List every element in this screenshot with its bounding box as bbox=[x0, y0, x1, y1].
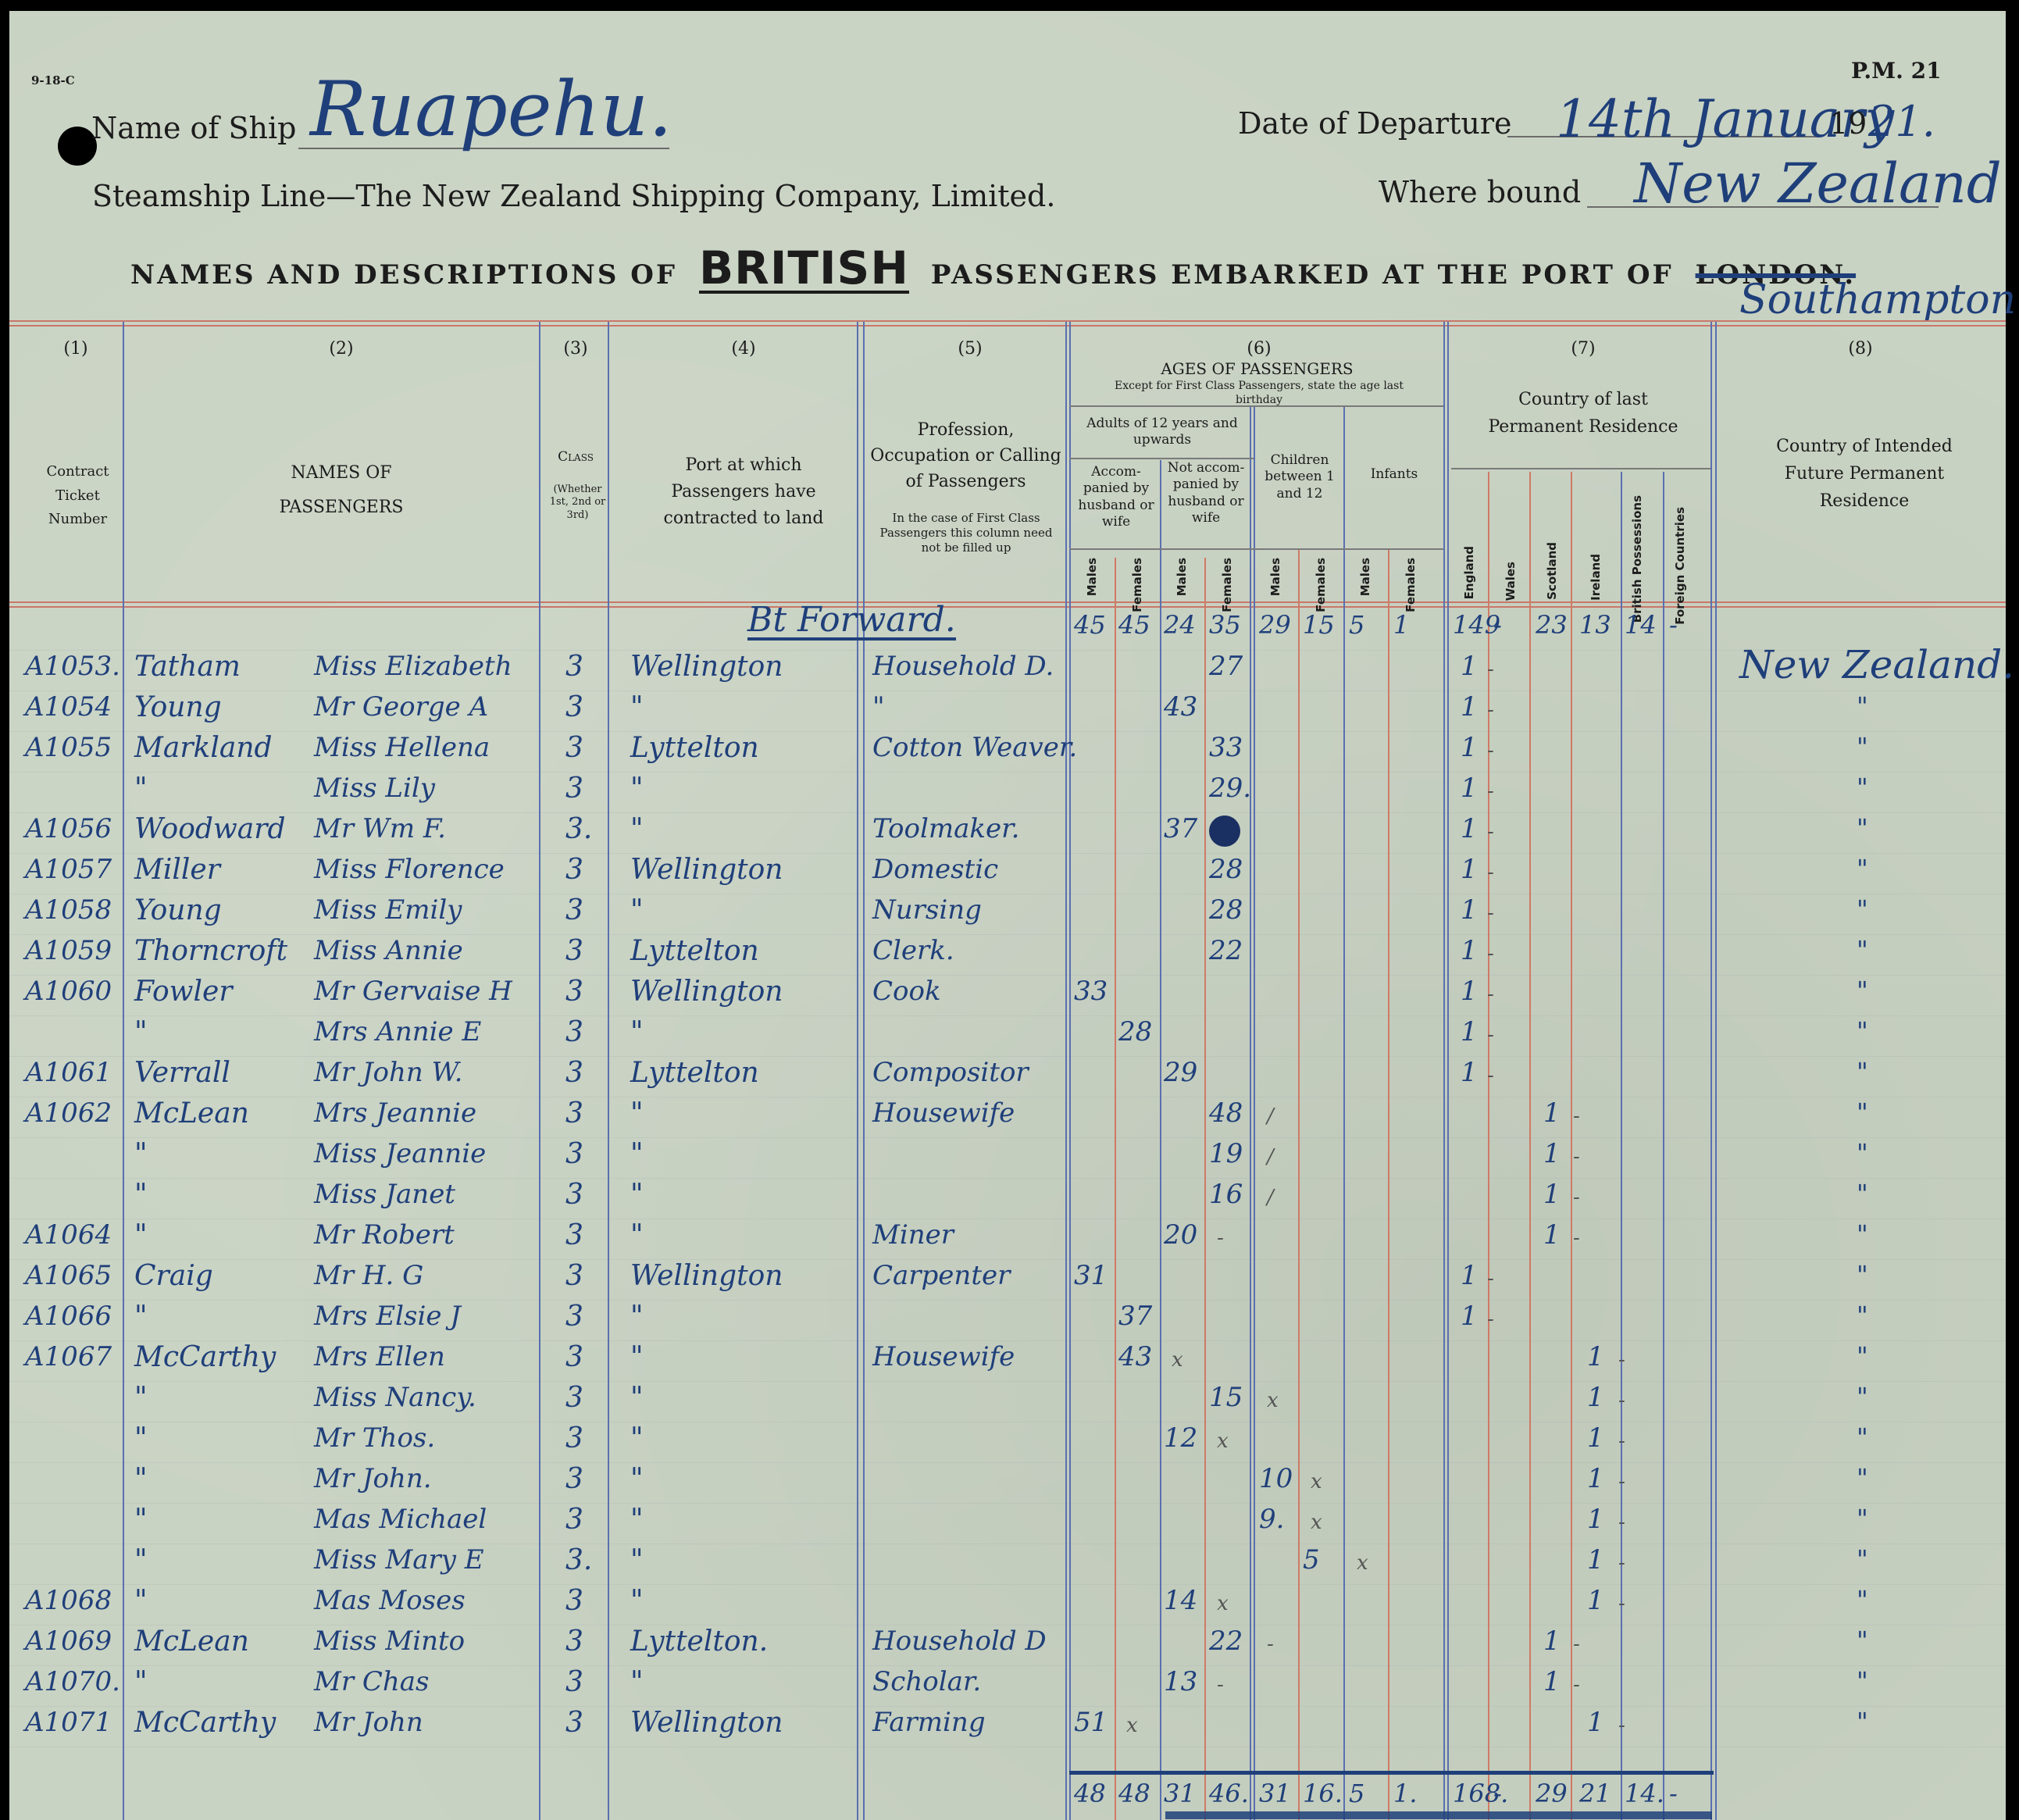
age-value: 51 bbox=[1074, 1709, 1108, 1736]
future-residence: " bbox=[1857, 897, 1868, 922]
brought-forward-value: 23 bbox=[1536, 612, 1568, 637]
age-check-mark: / bbox=[1267, 1106, 1274, 1126]
surname: McCarthy bbox=[134, 1344, 276, 1372]
row-guide bbox=[9, 1015, 2006, 1016]
given-name: Mr H. G bbox=[314, 1262, 423, 1289]
age-check-mark: x bbox=[1267, 1390, 1279, 1411]
given-name: Miss Minto bbox=[314, 1628, 465, 1654]
landing-port: Lyttelton bbox=[630, 1059, 759, 1087]
col-rule bbox=[1621, 472, 1622, 1820]
ship-label: Name of Ship bbox=[91, 111, 297, 145]
occupation: Cotton Weaver. bbox=[872, 734, 1077, 761]
total-value: 46. bbox=[1209, 1781, 1249, 1806]
future-residence: " bbox=[1857, 1181, 1868, 1206]
brought-forward-value: 24 bbox=[1164, 612, 1196, 637]
sex-rule bbox=[1069, 548, 1443, 550]
total-value: - bbox=[1669, 1781, 1678, 1806]
col-rule bbox=[863, 322, 865, 1820]
age-value: 33 bbox=[1074, 978, 1108, 1005]
age-check-mark: x bbox=[1217, 1431, 1229, 1451]
children-males: Males bbox=[1268, 558, 1282, 596]
class: 3 bbox=[565, 1465, 583, 1493]
given-name: Miss Hellena bbox=[314, 734, 490, 761]
col6-label: AGES OF PASSENGERS bbox=[1072, 359, 1443, 380]
col-rule bbox=[1069, 322, 1071, 1820]
occupation: Cook bbox=[872, 978, 941, 1005]
country-count: 1 bbox=[1461, 734, 1478, 761]
landing-port: " bbox=[630, 1668, 644, 1697]
row-guide bbox=[9, 772, 2006, 773]
row-guide bbox=[9, 691, 2006, 691]
future-residence: " bbox=[1857, 1506, 1868, 1531]
landing-port: Lyttelton bbox=[630, 734, 759, 762]
ticket-number: A1060 bbox=[25, 978, 112, 1005]
row-guide bbox=[9, 894, 2006, 894]
country-check-mark: - bbox=[1618, 1553, 1625, 1573]
port-handwritten: Southampton. bbox=[1739, 277, 2019, 323]
landing-port: " bbox=[630, 1140, 644, 1169]
country-count: 1 bbox=[1461, 694, 1478, 720]
age-check-mark: x bbox=[1172, 1350, 1183, 1370]
occupation: Housewife bbox=[872, 1100, 1015, 1126]
age-check-mark: x bbox=[1126, 1715, 1138, 1736]
bound-label: Where bound bbox=[1379, 175, 1581, 209]
country-check-mark: - bbox=[1618, 1350, 1625, 1370]
col-rule bbox=[1250, 405, 1251, 1820]
col5-label: Profession, Occupation or Calling of Pas… bbox=[866, 417, 1065, 494]
age-check-mark: - bbox=[1217, 1228, 1224, 1248]
bound-value: New Zealand bbox=[1634, 152, 2002, 216]
given-name: Mr John W. bbox=[314, 1059, 462, 1086]
landing-port: " bbox=[630, 1547, 644, 1575]
country-count: 1 bbox=[1461, 1303, 1478, 1329]
landing-port: " bbox=[630, 1303, 644, 1331]
ticket-number: A1061 bbox=[25, 1059, 112, 1086]
row-guide bbox=[9, 1219, 2006, 1219]
country-check-mark: - bbox=[1618, 1715, 1625, 1736]
infants-females: Females bbox=[1404, 558, 1418, 612]
landing-port: Wellington bbox=[630, 978, 783, 1006]
given-name: Mr Robert bbox=[314, 1222, 455, 1248]
class: 3 bbox=[565, 1709, 583, 1737]
col1-label: Contract Ticket Number bbox=[41, 460, 115, 532]
col-rule bbox=[857, 322, 858, 1820]
total-value: 48 bbox=[1118, 1781, 1150, 1806]
given-name: Miss Lily bbox=[314, 775, 435, 801]
accompanied-header: Accom-panied by husband or wife bbox=[1073, 464, 1159, 530]
given-name: Mr Thos. bbox=[314, 1425, 435, 1451]
age-value: 14 bbox=[1164, 1587, 1197, 1614]
age-value: 16 bbox=[1209, 1181, 1243, 1208]
country-check-mark: - bbox=[1487, 822, 1494, 842]
col-rule bbox=[1710, 322, 1712, 1820]
landing-port: " bbox=[630, 1181, 644, 1209]
ticket-number: A1071 bbox=[25, 1709, 112, 1736]
ticket-number: A1058 bbox=[25, 897, 112, 923]
age-check-mark: / bbox=[1267, 1147, 1274, 1167]
adults-notacc-females: Females bbox=[1220, 558, 1234, 612]
title-right: PASSENGERS EMBARKED AT THE PORT OF bbox=[931, 259, 1674, 291]
surname: Tatham bbox=[134, 653, 241, 681]
header-bottom-rule-2 bbox=[9, 606, 2006, 608]
age-value: 43 bbox=[1164, 694, 1197, 720]
surname: McCarthy bbox=[134, 1709, 276, 1737]
country-count: 1 bbox=[1461, 978, 1478, 1005]
age-value: 33 bbox=[1209, 734, 1243, 761]
given-name: Miss Emily bbox=[314, 897, 462, 923]
class: 3 bbox=[565, 1587, 583, 1615]
age-check-mark: x bbox=[1311, 1472, 1322, 1492]
total-value: 31 bbox=[1164, 1781, 1196, 1806]
country-count: 1 bbox=[1461, 1059, 1478, 1086]
country-scotland: Scotland bbox=[1545, 542, 1559, 600]
col7-number: (7) bbox=[1556, 337, 1611, 361]
class: 3 bbox=[565, 1303, 583, 1331]
age-value: 10 bbox=[1259, 1465, 1293, 1492]
surname: " bbox=[134, 1587, 148, 1615]
class: 3 bbox=[565, 1059, 583, 1087]
country-check-mark: - bbox=[1573, 1187, 1580, 1208]
title-left: NAMES AND DESCRIPTIONS OF bbox=[130, 259, 677, 291]
country-check-mark: - bbox=[1573, 1147, 1580, 1167]
given-name: Miss Jeannie bbox=[314, 1140, 486, 1167]
infants-males: Males bbox=[1358, 558, 1372, 596]
departure-label: Date of Departure bbox=[1238, 106, 1511, 141]
row-guide bbox=[9, 853, 2006, 854]
surname: " bbox=[134, 1140, 148, 1169]
occupation: Household D bbox=[872, 1628, 1047, 1654]
col4-number: (4) bbox=[697, 337, 790, 361]
landing-port: " bbox=[630, 1019, 644, 1047]
age-value: 12 bbox=[1164, 1425, 1197, 1451]
class: 3 bbox=[565, 734, 583, 762]
infants-header: Infants bbox=[1347, 466, 1442, 483]
row-guide bbox=[9, 1300, 2006, 1301]
country-check-mark: - bbox=[1573, 1675, 1580, 1695]
adults-notacc-males: Males bbox=[1175, 558, 1189, 596]
given-name: Mr George A bbox=[314, 694, 488, 720]
country-count: 1 bbox=[1543, 1668, 1561, 1695]
total-value: - bbox=[1493, 1781, 1502, 1806]
given-name: Miss Annie bbox=[314, 937, 463, 964]
col2-label: NAMES OF PASSENGERS bbox=[244, 456, 439, 525]
given-name: Mrs Annie E bbox=[314, 1019, 481, 1045]
future-residence: " bbox=[1857, 1059, 1868, 1084]
ticket-number: A1068 bbox=[25, 1587, 112, 1614]
occupation: Domestic bbox=[872, 856, 998, 883]
row-guide bbox=[9, 975, 2006, 976]
col-rule bbox=[1160, 460, 1161, 1820]
age-check-mark: x bbox=[1217, 1593, 1229, 1614]
age-value: 9. bbox=[1259, 1506, 1284, 1533]
country-check-mark: - bbox=[1487, 700, 1494, 720]
ticket-number: A1067 bbox=[25, 1344, 112, 1370]
country-count: 1 bbox=[1587, 1587, 1604, 1614]
given-name: Mr John bbox=[314, 1709, 423, 1736]
brought-forward-value: 29 bbox=[1259, 612, 1291, 637]
surname: " bbox=[134, 1222, 148, 1250]
future-residence: " bbox=[1857, 1140, 1868, 1165]
children-females: Females bbox=[1314, 558, 1328, 612]
future-residence: " bbox=[1857, 1019, 1868, 1044]
given-name: Mr Gervaise H bbox=[314, 978, 512, 1005]
surname: " bbox=[134, 1181, 148, 1209]
col8-number: (8) bbox=[1829, 337, 1892, 361]
age-value: 19 bbox=[1209, 1140, 1243, 1167]
occupation: Toolmaker. bbox=[872, 815, 1019, 842]
col3-label: Class bbox=[548, 448, 603, 466]
country-count: 1 bbox=[1461, 775, 1478, 801]
country-check-mark: - bbox=[1487, 1309, 1494, 1329]
table-top-rule-2 bbox=[9, 325, 2006, 327]
col3-note: (Whether 1st, 2nd or 3rd) bbox=[548, 484, 607, 522]
brought-forward-label: Bt Forward. bbox=[747, 603, 956, 641]
class: 3 bbox=[565, 1344, 583, 1372]
occupation: Household D. bbox=[872, 653, 1054, 680]
form-number: P.M. 21 bbox=[1851, 58, 1942, 84]
brought-forward-value: 45 bbox=[1118, 612, 1150, 637]
age-check-mark: - bbox=[1217, 1675, 1224, 1695]
brought-forward-value: 5 bbox=[1349, 612, 1364, 637]
departure-year-prefix: 19 bbox=[1829, 106, 1867, 141]
col5-note: In the case of First Class Passengers th… bbox=[869, 511, 1064, 555]
class: 3 bbox=[565, 1668, 583, 1697]
country-count: 1 bbox=[1543, 1181, 1561, 1208]
surname: Craig bbox=[134, 1262, 213, 1290]
surname: " bbox=[134, 1668, 148, 1697]
adults-rule bbox=[1069, 458, 1254, 459]
class: 3 bbox=[565, 1425, 583, 1453]
country-count: 1 bbox=[1587, 1547, 1604, 1573]
country-count: 1 bbox=[1461, 653, 1478, 680]
ticket-number: A1066 bbox=[25, 1303, 112, 1329]
class: 3. bbox=[565, 1547, 592, 1575]
col-rule bbox=[1447, 322, 1449, 1820]
future-residence: " bbox=[1857, 1587, 1868, 1612]
surname: Woodward bbox=[134, 815, 285, 844]
col-rule bbox=[539, 322, 540, 1820]
future-residence: " bbox=[1857, 1709, 1868, 1734]
row-guide bbox=[9, 1137, 2006, 1138]
age-value: 20 bbox=[1164, 1222, 1197, 1248]
surname: Markland bbox=[134, 734, 273, 762]
future-residence: " bbox=[1857, 1262, 1868, 1287]
country-check-mark: - bbox=[1487, 862, 1494, 883]
ticket-number: A1062 bbox=[25, 1100, 112, 1126]
row-guide bbox=[9, 1543, 2006, 1544]
landing-port: Wellington bbox=[630, 1709, 783, 1737]
landing-port: " bbox=[630, 1384, 644, 1412]
landing-port: " bbox=[630, 1465, 644, 1493]
row-guide bbox=[9, 1747, 2006, 1747]
class: 3 bbox=[565, 1222, 583, 1250]
country-check-mark: - bbox=[1487, 1269, 1494, 1289]
col2-number: (2) bbox=[306, 337, 376, 361]
country-wales: Wales bbox=[1504, 562, 1518, 601]
col7-label: Country of last Permanent Residence bbox=[1470, 386, 1696, 441]
surname: " bbox=[134, 1506, 148, 1534]
country-count: 1 bbox=[1543, 1222, 1561, 1248]
class: 3. bbox=[565, 815, 592, 844]
row-guide bbox=[9, 934, 2006, 935]
surname: " bbox=[134, 1465, 148, 1493]
row-guide bbox=[9, 1665, 2006, 1666]
brought-forward-value: - bbox=[1669, 612, 1678, 637]
country-count: 1 bbox=[1543, 1100, 1561, 1126]
age-value: 29 bbox=[1164, 1059, 1197, 1086]
ticket-number: A1064 bbox=[25, 1222, 112, 1248]
occupation: Nursing bbox=[872, 897, 982, 923]
col1-number: (1) bbox=[33, 337, 119, 361]
ticket-number: A1059 bbox=[25, 937, 112, 964]
country-check-mark: - bbox=[1573, 1228, 1580, 1248]
country-check-mark: - bbox=[1487, 659, 1494, 680]
country-england: England bbox=[1462, 546, 1476, 599]
total-value: 5 bbox=[1349, 1781, 1364, 1806]
future-residence: " bbox=[1857, 1425, 1868, 1450]
adults-acc-males: Males bbox=[1085, 558, 1099, 596]
age-value: 28 bbox=[1209, 856, 1243, 883]
given-name: Miss Nancy. bbox=[314, 1384, 476, 1411]
occupation: Compositor bbox=[872, 1059, 1029, 1086]
class: 3 bbox=[565, 1140, 583, 1169]
country-check-mark: - bbox=[1487, 903, 1494, 923]
surname: " bbox=[134, 1019, 148, 1047]
form-code: 9-18-C bbox=[31, 73, 75, 87]
age-check-mark: / bbox=[1267, 1187, 1274, 1208]
future-residence: " bbox=[1857, 856, 1868, 881]
row-guide bbox=[9, 1422, 2006, 1422]
ticket-number: A1070. bbox=[25, 1668, 120, 1695]
landing-port: Lyttelton. bbox=[630, 1628, 768, 1656]
col-rule bbox=[608, 322, 609, 1820]
given-name: Mrs Elsie J bbox=[314, 1303, 461, 1329]
country-check-mark: - bbox=[1487, 944, 1494, 964]
future-residence: " bbox=[1857, 815, 1868, 840]
class: 3 bbox=[565, 1628, 583, 1656]
occupation: Scholar. bbox=[872, 1668, 981, 1695]
title-british: BRITISH bbox=[699, 245, 909, 294]
future-residence: " bbox=[1857, 1547, 1868, 1572]
class: 3 bbox=[565, 1384, 583, 1412]
future-residence: " bbox=[1857, 1222, 1868, 1247]
landing-port: " bbox=[630, 775, 644, 803]
given-name: Miss Florence bbox=[314, 856, 505, 883]
surname: McLean bbox=[134, 1100, 249, 1128]
landing-port: " bbox=[630, 815, 644, 844]
landing-port: " bbox=[630, 1425, 644, 1453]
ticket-number: A1069 bbox=[25, 1628, 112, 1654]
country-count: 1 bbox=[1587, 1384, 1604, 1411]
future-residence: " bbox=[1857, 1465, 1868, 1490]
age-value: 48 bbox=[1209, 1100, 1243, 1126]
occupation: Farming bbox=[872, 1709, 986, 1736]
surname: Miller bbox=[134, 856, 220, 884]
given-name: Mr Wm F. bbox=[314, 815, 446, 842]
country-count: 1 bbox=[1587, 1344, 1604, 1370]
class: 3 bbox=[565, 1019, 583, 1047]
occupation: Housewife bbox=[872, 1344, 1015, 1370]
departure-year-suffix: 21. bbox=[1868, 97, 1935, 146]
age-value: 37 bbox=[1118, 1303, 1152, 1329]
country-count: 1 bbox=[1587, 1465, 1604, 1492]
age-check-mark: - bbox=[1267, 1634, 1274, 1654]
ink-blot bbox=[1209, 815, 1240, 847]
given-name: Mr Chas bbox=[314, 1668, 430, 1695]
children-header: Children between 1 and 12 bbox=[1257, 452, 1342, 502]
class: 3 bbox=[565, 1262, 583, 1290]
col-rule bbox=[1571, 472, 1572, 1820]
surname: " bbox=[134, 775, 148, 803]
manifest-page: 9-18-C P.M. 21 Name of Ship Ruapehu. Dat… bbox=[9, 11, 2006, 1820]
brought-forward-value: 45 bbox=[1074, 612, 1106, 637]
future-residence: " bbox=[1857, 1384, 1868, 1409]
totals-rule bbox=[1069, 1771, 1714, 1775]
country-check-mark: - bbox=[1618, 1431, 1625, 1451]
country-count: 1 bbox=[1461, 937, 1478, 964]
header-bottom-rule bbox=[9, 601, 2006, 603]
col6-number: (6) bbox=[1228, 337, 1290, 361]
age-value: 37 bbox=[1164, 815, 1197, 842]
col8-label: Country of Intended Future Permanent Res… bbox=[1751, 433, 1978, 516]
age-value: 27 bbox=[1209, 653, 1243, 680]
future-residence: " bbox=[1857, 1344, 1868, 1369]
ticket-number: A1055 bbox=[25, 734, 112, 761]
future-residence: " bbox=[1857, 1668, 1868, 1693]
class: 3 bbox=[565, 1181, 583, 1209]
row-guide bbox=[9, 1381, 2006, 1382]
col-rule bbox=[123, 322, 124, 1820]
totals-underline bbox=[1165, 1811, 1712, 1819]
class: 3 bbox=[565, 897, 583, 925]
landing-port: " bbox=[630, 1344, 644, 1372]
occupation: Clerk. bbox=[872, 937, 954, 964]
future-residence: " bbox=[1857, 1303, 1868, 1328]
country-check-mark: - bbox=[1487, 740, 1494, 761]
future-residence: " bbox=[1857, 694, 1868, 719]
class: 3 bbox=[565, 694, 583, 722]
age-value: 29. bbox=[1209, 775, 1251, 801]
country-check-mark: - bbox=[1618, 1390, 1625, 1411]
col-rule bbox=[1343, 405, 1345, 1820]
row-guide bbox=[9, 1584, 2006, 1585]
age-value: 28 bbox=[1118, 1019, 1152, 1045]
col6-note: Except for First Class Passengers, state… bbox=[1103, 380, 1415, 407]
adults-header: Adults of 12 years and upwards bbox=[1073, 416, 1251, 449]
col-rule bbox=[1254, 405, 1255, 1820]
col-rule bbox=[1115, 558, 1116, 1820]
landing-port: Wellington bbox=[630, 1262, 783, 1290]
age-value: 22 bbox=[1209, 1628, 1243, 1654]
brought-forward-value: 1 bbox=[1393, 612, 1409, 637]
age-value: 15 bbox=[1209, 1384, 1243, 1411]
brought-forward-value: 35 bbox=[1209, 612, 1241, 637]
future-residence: New Zealand. bbox=[1739, 645, 2014, 684]
country-count: 1 bbox=[1461, 1262, 1478, 1289]
surname: " bbox=[134, 1303, 148, 1331]
landing-port: Wellington bbox=[630, 856, 783, 884]
future-residence: " bbox=[1857, 978, 1868, 1003]
total-value: 29 bbox=[1536, 1781, 1568, 1806]
manifest-title: NAMES AND DESCRIPTIONS OF BRITISH PASSEN… bbox=[130, 245, 1856, 294]
age-check-mark: x bbox=[1311, 1512, 1322, 1533]
given-name: Mrs Ellen bbox=[314, 1344, 445, 1370]
ticket-number: A1057 bbox=[25, 856, 112, 883]
brought-forward-value: 13 bbox=[1579, 612, 1611, 637]
future-residence: " bbox=[1857, 937, 1868, 962]
class: 3 bbox=[565, 775, 583, 803]
country-check-mark: - bbox=[1487, 1065, 1494, 1086]
